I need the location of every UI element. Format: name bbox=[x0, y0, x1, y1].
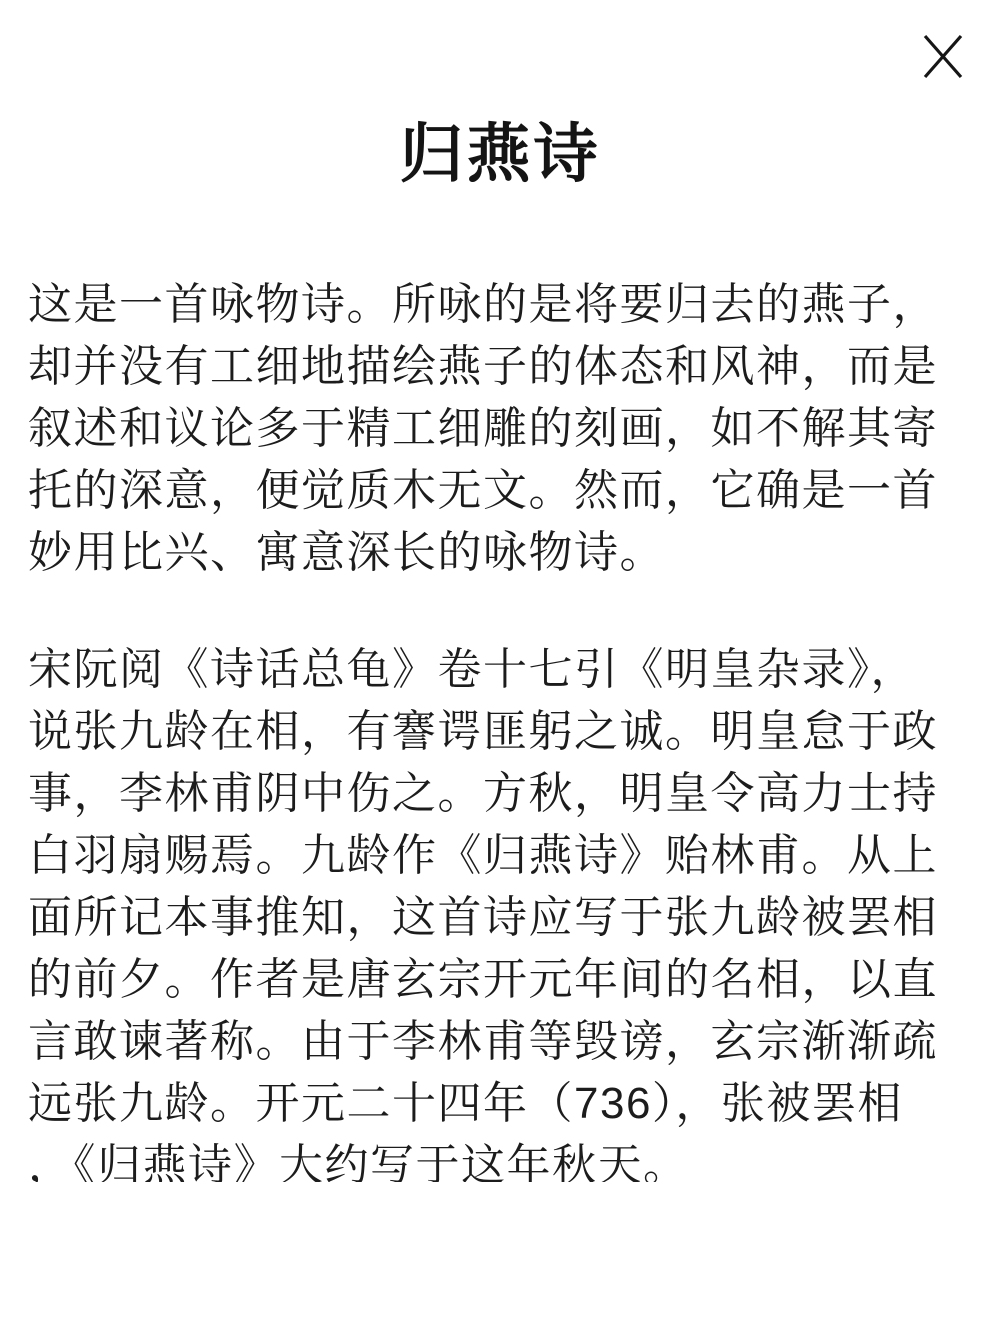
text-line: 远张九龄。开元二十四年（736），张被罢相 bbox=[28, 1073, 978, 1135]
paragraph: 宋阮阅《诗话总龟》卷十七引《明皇杂录》，说张九龄在相，有謇谔匪躬之诚。明皇怠于政… bbox=[28, 639, 978, 1182]
text-line: 面所记本事推知，这首诗应写于张九龄被罢相 bbox=[28, 887, 978, 949]
text-line: 的前夕。作者是唐玄宗开元年间的名相，以直 bbox=[28, 949, 978, 1011]
text-line: 托的深意，便觉质木无文。然而，它确是一首 bbox=[28, 460, 978, 522]
close-icon bbox=[916, 28, 970, 82]
text-line: 说张九龄在相，有謇谔匪躬之诚。明皇怠于政 bbox=[28, 701, 978, 763]
page-title: 归燕诗 bbox=[0, 116, 1000, 194]
text-line: 叙述和议论多于精工细雕的刻画，如不解其寄 bbox=[28, 398, 978, 460]
text-line: 妙用比兴、寓意深长的咏物诗。 bbox=[28, 522, 978, 584]
text-line: ，《归燕诗》大约写于这年秋天。 bbox=[28, 1135, 978, 1182]
text-line: 事，李林甫阴中伤之。方秋，明皇令高力士持 bbox=[28, 763, 978, 825]
text-line: 却并没有工细地描绘燕子的体态和风神，而是 bbox=[28, 336, 978, 398]
text-line: 这是一首咏物诗。所咏的是将要归去的燕子， bbox=[28, 274, 978, 336]
paragraph: 这是一首咏物诗。所咏的是将要归去的燕子，却并没有工细地描绘燕子的体态和风神，而是… bbox=[28, 274, 978, 584]
reading-page: 归燕诗 这是一首咏物诗。所咏的是将要归去的燕子，却并没有工细地描绘燕子的体态和风… bbox=[0, 0, 1000, 1334]
text-line: 宋阮阅《诗话总龟》卷十七引《明皇杂录》， bbox=[28, 639, 978, 701]
text-line: 言敢谏著称。由于李林甫等毁谤，玄宗渐渐疏 bbox=[28, 1011, 978, 1073]
article-content: 这是一首咏物诗。所咏的是将要归去的燕子，却并没有工细地描绘燕子的体态和风神，而是… bbox=[28, 274, 978, 1182]
close-button[interactable] bbox=[916, 28, 970, 82]
text-line: 白羽扇赐焉。九龄作《归燕诗》贻林甫。从上 bbox=[28, 825, 978, 887]
